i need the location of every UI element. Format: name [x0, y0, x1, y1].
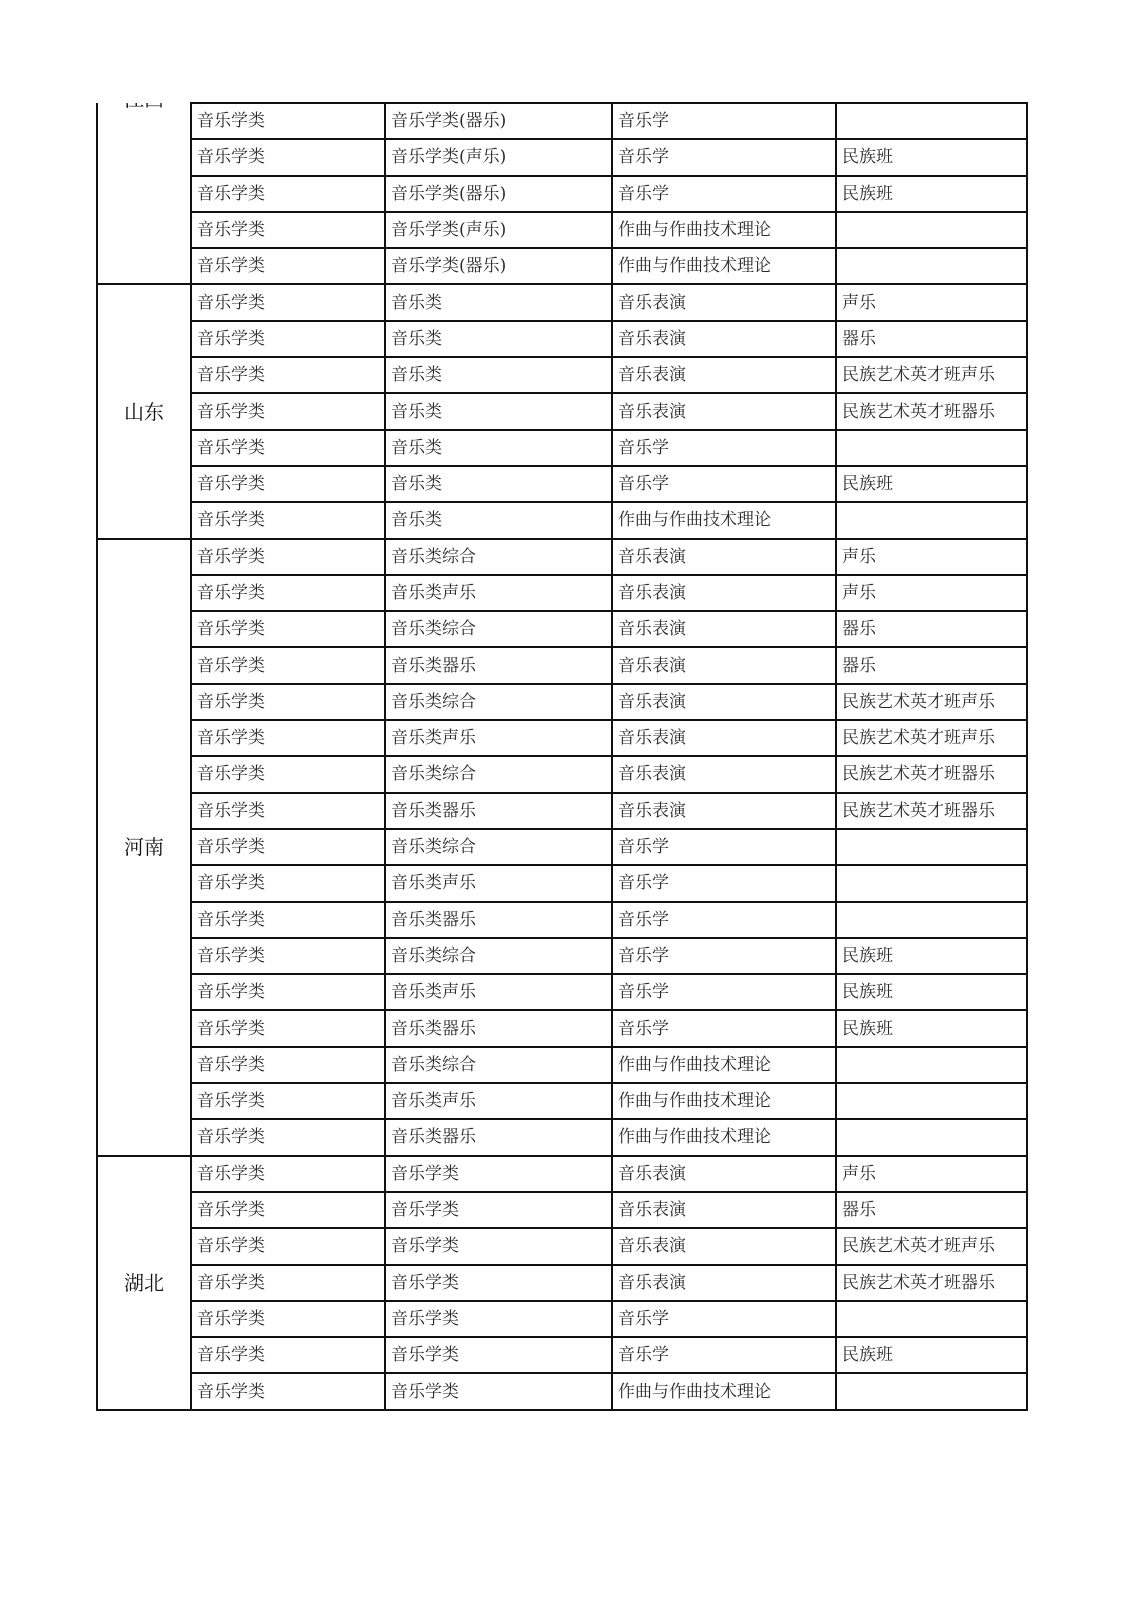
note-cell: [836, 1373, 1027, 1409]
major-cell: 音乐学: [612, 938, 836, 974]
exam-category-cell: 音乐类器乐: [385, 1119, 612, 1155]
table-row: 音乐学类音乐学类(器乐)音乐学民族班: [97, 176, 1027, 212]
major-cell: 音乐学: [612, 1337, 836, 1373]
exam-category-cell: 音乐类综合: [385, 1047, 612, 1083]
exam-category-cell: 音乐学类(器乐): [385, 176, 612, 212]
major-cell: 音乐表演: [612, 1228, 836, 1264]
note-cell: 器乐: [836, 611, 1027, 647]
note-cell: [836, 248, 1027, 284]
discipline-cell: 音乐学类: [191, 611, 385, 647]
note-cell: [836, 1047, 1027, 1083]
major-cell: 音乐学: [612, 103, 836, 139]
province-label: 江西: [98, 103, 190, 109]
exam-category-cell: 音乐类综合: [385, 684, 612, 720]
exam-category-cell: 音乐类综合: [385, 938, 612, 974]
major-cell: 作曲与作曲技术理论: [612, 1083, 836, 1119]
discipline-cell: 音乐学类: [191, 321, 385, 357]
province-label: 河南: [124, 835, 164, 859]
exam-category-cell: 音乐类: [385, 502, 612, 538]
exam-category-cell: 音乐类声乐: [385, 865, 612, 901]
table-row: 音乐学类音乐类器乐音乐学: [97, 902, 1027, 938]
exam-category-cell: 音乐学类: [385, 1192, 612, 1228]
exam-category-cell: 音乐类声乐: [385, 1083, 612, 1119]
note-cell: 声乐: [836, 284, 1027, 320]
discipline-cell: 音乐学类: [191, 938, 385, 974]
exam-category-cell: 音乐学类: [385, 1265, 612, 1301]
exam-category-cell: 音乐类器乐: [385, 902, 612, 938]
discipline-cell: 音乐学类: [191, 974, 385, 1010]
major-cell: 音乐学: [612, 829, 836, 865]
major-cell: 作曲与作曲技术理论: [612, 248, 836, 284]
table-row: 音乐学类音乐学类音乐表演民族艺术英才班声乐: [97, 1228, 1027, 1264]
table-row: 音乐学类音乐类音乐学民族班: [97, 466, 1027, 502]
exam-category-cell: 音乐学类(器乐): [385, 103, 612, 139]
note-cell: 器乐: [836, 1192, 1027, 1228]
note-cell: 声乐: [836, 539, 1027, 575]
exam-category-cell: 音乐类: [385, 357, 612, 393]
note-cell: 民族艺术英才班器乐: [836, 756, 1027, 792]
exam-category-cell: 音乐类: [385, 284, 612, 320]
major-cell: 作曲与作曲技术理论: [612, 1047, 836, 1083]
table-row: 音乐学类音乐类音乐学: [97, 430, 1027, 466]
table-row: 音乐学类音乐学类音乐学民族班: [97, 1337, 1027, 1373]
note-cell: 民族班: [836, 139, 1027, 175]
exam-category-cell: 音乐类声乐: [385, 974, 612, 1010]
table-row: 音乐学类音乐类综合音乐表演民族艺术英才班声乐: [97, 684, 1027, 720]
major-cell: 音乐表演: [612, 611, 836, 647]
major-cell: 音乐表演: [612, 321, 836, 357]
exam-category-cell: 音乐类声乐: [385, 720, 612, 756]
major-cell: 音乐表演: [612, 539, 836, 575]
discipline-cell: 音乐学类: [191, 1301, 385, 1337]
major-cell: 音乐学: [612, 902, 836, 938]
exam-category-cell: 音乐类器乐: [385, 793, 612, 829]
table-row: 音乐学类音乐学类作曲与作曲技术理论: [97, 1373, 1027, 1409]
note-cell: [836, 103, 1027, 139]
exam-category-cell: 音乐学类(声乐): [385, 139, 612, 175]
note-cell: 民族班: [836, 466, 1027, 502]
province-label-clipped: 江西: [98, 103, 190, 111]
note-cell: 民族班: [836, 1337, 1027, 1373]
province-cell: 河南: [97, 539, 191, 1156]
table-row: 音乐学类音乐类综合音乐表演民族艺术英才班器乐: [97, 756, 1027, 792]
discipline-cell: 音乐学类: [191, 865, 385, 901]
discipline-cell: 音乐学类: [191, 1119, 385, 1155]
note-cell: 民族班: [836, 176, 1027, 212]
major-cell: 音乐表演: [612, 720, 836, 756]
major-cell: 音乐表演: [612, 1156, 836, 1192]
discipline-cell: 音乐学类: [191, 1265, 385, 1301]
exam-category-cell: 音乐学类(器乐): [385, 248, 612, 284]
document-page: 江西音乐学类音乐学类(器乐)音乐学音乐学类音乐学类(声乐)音乐学民族班音乐学类音…: [0, 0, 1131, 1600]
major-cell: 音乐学: [612, 1301, 836, 1337]
major-cell: 作曲与作曲技术理论: [612, 1119, 836, 1155]
table-row: 音乐学类音乐类综合作曲与作曲技术理论: [97, 1047, 1027, 1083]
province-label: 湖北: [124, 1271, 164, 1295]
discipline-cell: 音乐学类: [191, 284, 385, 320]
major-cell: 音乐表演: [612, 393, 836, 429]
note-cell: 声乐: [836, 575, 1027, 611]
discipline-cell: 音乐学类: [191, 502, 385, 538]
major-cell: 作曲与作曲技术理论: [612, 502, 836, 538]
discipline-cell: 音乐学类: [191, 829, 385, 865]
exam-category-cell: 音乐学类: [385, 1373, 612, 1409]
exam-category-cell: 音乐类: [385, 393, 612, 429]
table-row: 山东音乐学类音乐类音乐表演声乐: [97, 284, 1027, 320]
discipline-cell: 音乐学类: [191, 902, 385, 938]
table-row: 音乐学类音乐学类(声乐)作曲与作曲技术理论: [97, 212, 1027, 248]
discipline-cell: 音乐学类: [191, 793, 385, 829]
major-cell: 音乐学: [612, 430, 836, 466]
major-cell: 音乐学: [612, 466, 836, 502]
exam-category-cell: 音乐类: [385, 466, 612, 502]
table-row: 音乐学类音乐学类音乐表演器乐: [97, 1192, 1027, 1228]
discipline-cell: 音乐学类: [191, 103, 385, 139]
province-cell: 湖北: [97, 1156, 191, 1410]
note-cell: [836, 865, 1027, 901]
note-cell: [836, 502, 1027, 538]
exam-category-cell: 音乐类: [385, 430, 612, 466]
note-cell: 民族艺术英才班器乐: [836, 793, 1027, 829]
discipline-cell: 音乐学类: [191, 212, 385, 248]
discipline-cell: 音乐学类: [191, 430, 385, 466]
exam-category-cell: 音乐学类: [385, 1228, 612, 1264]
table-row: 音乐学类音乐类综合音乐学: [97, 829, 1027, 865]
table-row: 音乐学类音乐类器乐音乐学民族班: [97, 1010, 1027, 1046]
exam-category-cell: 音乐类综合: [385, 539, 612, 575]
exam-category-cell: 音乐类: [385, 321, 612, 357]
note-cell: 民族班: [836, 938, 1027, 974]
major-cell: 音乐表演: [612, 793, 836, 829]
major-cell: 音乐学: [612, 176, 836, 212]
table-row: 音乐学类音乐类音乐表演民族艺术英才班声乐: [97, 357, 1027, 393]
note-cell: 民族艺术英才班声乐: [836, 684, 1027, 720]
discipline-cell: 音乐学类: [191, 393, 385, 429]
table-row: 音乐学类音乐类声乐音乐表演民族艺术英才班声乐: [97, 720, 1027, 756]
discipline-cell: 音乐学类: [191, 720, 385, 756]
major-cell: 音乐学: [612, 974, 836, 1010]
table-row: 音乐学类音乐类声乐作曲与作曲技术理论: [97, 1083, 1027, 1119]
exam-category-cell: 音乐类器乐: [385, 647, 612, 683]
admissions-table: 江西音乐学类音乐学类(器乐)音乐学音乐学类音乐学类(声乐)音乐学民族班音乐学类音…: [96, 102, 1028, 1411]
table-row: 音乐学类音乐类作曲与作曲技术理论: [97, 502, 1027, 538]
table-row: 音乐学类音乐学类(声乐)音乐学民族班: [97, 139, 1027, 175]
table-row: 河南音乐学类音乐类综合音乐表演声乐: [97, 539, 1027, 575]
discipline-cell: 音乐学类: [191, 575, 385, 611]
major-cell: 音乐学: [612, 139, 836, 175]
table-row: 音乐学类音乐类声乐音乐学民族班: [97, 974, 1027, 1010]
major-cell: 音乐表演: [612, 1265, 836, 1301]
exam-category-cell: 音乐学类: [385, 1337, 612, 1373]
note-cell: 声乐: [836, 1156, 1027, 1192]
note-cell: 民族班: [836, 974, 1027, 1010]
note-cell: 器乐: [836, 321, 1027, 357]
exam-category-cell: 音乐类综合: [385, 829, 612, 865]
note-cell: 民族艺术英才班声乐: [836, 1228, 1027, 1264]
table-row: 音乐学类音乐学类(器乐)作曲与作曲技术理论: [97, 248, 1027, 284]
major-cell: 音乐表演: [612, 1192, 836, 1228]
discipline-cell: 音乐学类: [191, 539, 385, 575]
table-row: 江西音乐学类音乐学类(器乐)音乐学: [97, 103, 1027, 139]
table-row: 音乐学类音乐学类音乐学: [97, 1301, 1027, 1337]
discipline-cell: 音乐学类: [191, 139, 385, 175]
major-cell: 音乐表演: [612, 684, 836, 720]
table-row: 音乐学类音乐类器乐音乐表演器乐: [97, 647, 1027, 683]
exam-category-cell: 音乐类综合: [385, 611, 612, 647]
discipline-cell: 音乐学类: [191, 357, 385, 393]
major-cell: 音乐表演: [612, 647, 836, 683]
table-row: 音乐学类音乐类综合音乐表演器乐: [97, 611, 1027, 647]
discipline-cell: 音乐学类: [191, 1228, 385, 1264]
table-row: 音乐学类音乐类音乐表演器乐: [97, 321, 1027, 357]
exam-category-cell: 音乐类器乐: [385, 1010, 612, 1046]
major-cell: 作曲与作曲技术理论: [612, 1373, 836, 1409]
table-row: 音乐学类音乐学类音乐表演民族艺术英才班器乐: [97, 1265, 1027, 1301]
major-cell: 作曲与作曲技术理论: [612, 212, 836, 248]
note-cell: 民族艺术英才班声乐: [836, 720, 1027, 756]
major-cell: 音乐表演: [612, 357, 836, 393]
discipline-cell: 音乐学类: [191, 248, 385, 284]
table-body: 江西音乐学类音乐学类(器乐)音乐学音乐学类音乐学类(声乐)音乐学民族班音乐学类音…: [97, 103, 1027, 1410]
discipline-cell: 音乐学类: [191, 1083, 385, 1119]
major-cell: 音乐表演: [612, 756, 836, 792]
discipline-cell: 音乐学类: [191, 1337, 385, 1373]
discipline-cell: 音乐学类: [191, 176, 385, 212]
discipline-cell: 音乐学类: [191, 756, 385, 792]
exam-category-cell: 音乐学类: [385, 1156, 612, 1192]
discipline-cell: 音乐学类: [191, 684, 385, 720]
note-cell: [836, 829, 1027, 865]
note-cell: [836, 1301, 1027, 1337]
note-cell: 民族艺术英才班声乐: [836, 357, 1027, 393]
major-cell: 音乐表演: [612, 575, 836, 611]
note-cell: [836, 1119, 1027, 1155]
discipline-cell: 音乐学类: [191, 1156, 385, 1192]
note-cell: [836, 902, 1027, 938]
table-row: 音乐学类音乐类器乐作曲与作曲技术理论: [97, 1119, 1027, 1155]
discipline-cell: 音乐学类: [191, 466, 385, 502]
discipline-cell: 音乐学类: [191, 1192, 385, 1228]
note-cell: 器乐: [836, 647, 1027, 683]
major-cell: 音乐学: [612, 1010, 836, 1046]
province-cell: 江西: [97, 103, 191, 284]
exam-category-cell: 音乐学类: [385, 1301, 612, 1337]
table-row: 音乐学类音乐类声乐音乐学: [97, 865, 1027, 901]
discipline-cell: 音乐学类: [191, 1010, 385, 1046]
table-row: 湖北音乐学类音乐学类音乐表演声乐: [97, 1156, 1027, 1192]
major-cell: 音乐学: [612, 865, 836, 901]
note-cell: [836, 1083, 1027, 1119]
table-row: 音乐学类音乐类音乐表演民族艺术英才班器乐: [97, 393, 1027, 429]
note-cell: 民族班: [836, 1010, 1027, 1046]
table-row: 音乐学类音乐类综合音乐学民族班: [97, 938, 1027, 974]
table-row: 音乐学类音乐类声乐音乐表演声乐: [97, 575, 1027, 611]
exam-category-cell: 音乐学类(声乐): [385, 212, 612, 248]
exam-category-cell: 音乐类综合: [385, 756, 612, 792]
discipline-cell: 音乐学类: [191, 647, 385, 683]
note-cell: [836, 430, 1027, 466]
note-cell: 民族艺术英才班器乐: [836, 393, 1027, 429]
discipline-cell: 音乐学类: [191, 1047, 385, 1083]
province-label: 山东: [124, 400, 164, 424]
major-cell: 音乐表演: [612, 284, 836, 320]
note-cell: 民族艺术英才班器乐: [836, 1265, 1027, 1301]
table-row: 音乐学类音乐类器乐音乐表演民族艺术英才班器乐: [97, 793, 1027, 829]
province-cell: 山东: [97, 284, 191, 538]
note-cell: [836, 212, 1027, 248]
exam-category-cell: 音乐类声乐: [385, 575, 612, 611]
discipline-cell: 音乐学类: [191, 1373, 385, 1409]
